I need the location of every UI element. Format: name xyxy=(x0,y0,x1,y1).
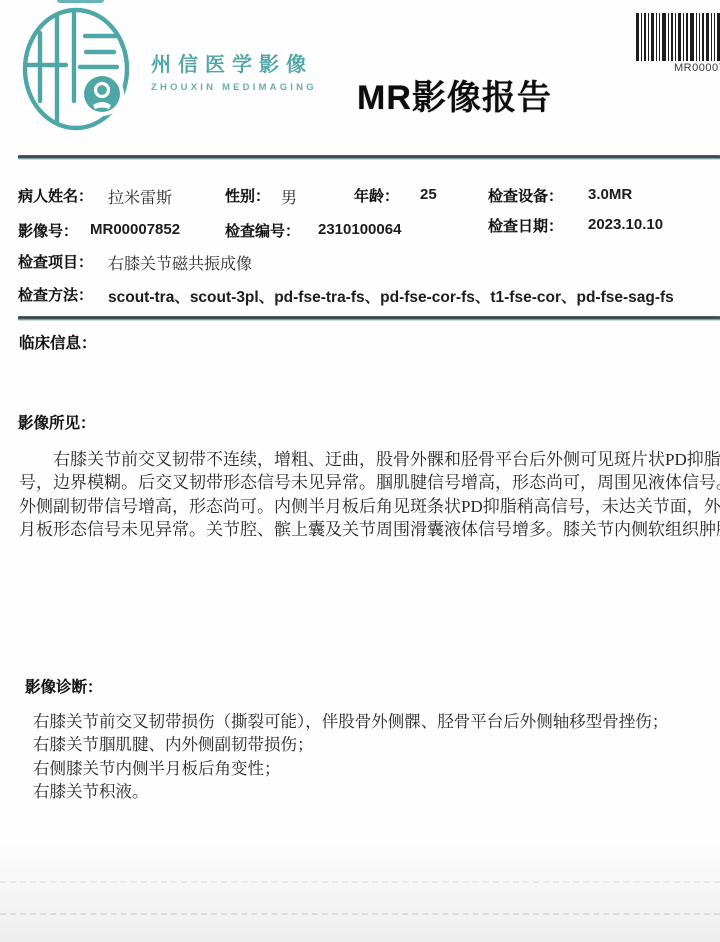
exam-date-value: 2023.10.10 xyxy=(588,216,663,233)
exam-item-value: 右膝关节磁共振成像 xyxy=(108,251,252,274)
mr-report-page: 州信医学影像 ZHOUXIN MEDIMAGING MR影像报告 MR00007… xyxy=(0,0,720,942)
exam-no-value: 2310100064 xyxy=(318,221,401,238)
patient-name-value: 拉米雷斯 xyxy=(108,185,172,208)
exam-method-label: 检查方法： xyxy=(18,284,93,305)
diagnosis-line: 右膝关节积液。 xyxy=(33,780,668,803)
clinic-logo-icon xyxy=(18,5,136,133)
brand-name-en: ZHOUXIN MEDIMAGING xyxy=(151,82,317,93)
exam-date-label: 检查日期： xyxy=(488,215,563,236)
age-value: 25 xyxy=(420,186,437,203)
brand-name-cn: 州信医学影像 xyxy=(151,48,317,77)
barcode-label: MR00007852 xyxy=(674,62,720,74)
exam-no-label: 检查编号： xyxy=(225,220,300,241)
patient-name-label: 病人姓名： xyxy=(18,185,93,206)
clinical-info-label: 临床信息： xyxy=(19,331,97,353)
top-edge-artifact xyxy=(57,0,104,3)
section-divider xyxy=(18,316,720,321)
diagnosis-list: 右膝关节前交叉韧带损伤（撕裂可能），伴股骨外侧髁、胫骨平台后外侧轴移型骨挫伤； … xyxy=(33,710,668,803)
barcode xyxy=(636,13,720,61)
bottom-fade xyxy=(0,838,720,942)
gender-value: 男 xyxy=(281,185,297,208)
findings-line: 号，边界模糊。后交叉韧带形态信号未见异常。腘肌腱信号增高，形态尚可，周围见液体信… xyxy=(19,471,720,494)
findings-paragraph: 右膝关节前交叉韧带不连续，增粗、迂曲，股骨外髁和胫骨平台后外侧可见斑片状PD抑脂… xyxy=(19,448,720,542)
report-title: MR影像报告 xyxy=(357,70,552,119)
findings-line: 外侧副韧带信号增高，形态尚可。内侧半月板后角见斑条状PD抑脂稍高信号，未达关节面… xyxy=(19,495,720,518)
header-divider xyxy=(18,155,720,160)
device-label: 检查设备： xyxy=(488,185,563,206)
age-label: 年龄： xyxy=(354,185,399,206)
exam-item-label: 检查项目： xyxy=(18,251,93,272)
device-value: 3.0MR xyxy=(588,186,632,203)
findings-label: 影像所见： xyxy=(18,411,96,433)
faint-dashed-line xyxy=(0,913,720,915)
gender-label: 性别： xyxy=(225,185,270,206)
faint-dashed-line xyxy=(0,881,720,883)
diagnosis-line: 右膝关节腘肌腱、内外侧副韧带损伤； xyxy=(33,733,668,756)
diagnosis-line: 右侧膝关节内侧半月板后角变性； xyxy=(33,757,668,780)
exam-method-value: scout-tra、scout-3pl、pd-fse-tra-fs、pd-fse… xyxy=(108,285,674,307)
findings-line: 右膝关节前交叉韧带不连续，增粗、迂曲，股骨外髁和胫骨平台后外侧可见斑片状PD抑脂… xyxy=(19,448,720,471)
diagnosis-line: 右膝关节前交叉韧带损伤（撕裂可能），伴股骨外侧髁、胫骨平台后外侧轴移型骨挫伤； xyxy=(33,710,668,733)
findings-line: 月板形态信号未见异常。关节腔、髌上囊及关节周围滑囊液体信号增多。膝关节内侧软组织… xyxy=(19,518,720,541)
image-no-value: MR00007852 xyxy=(90,221,180,238)
image-no-label: 影像号： xyxy=(18,220,78,241)
diagnosis-label: 影像诊断： xyxy=(25,675,103,697)
brand-block: 州信医学影像 ZHOUXIN MEDIMAGING xyxy=(151,48,317,93)
